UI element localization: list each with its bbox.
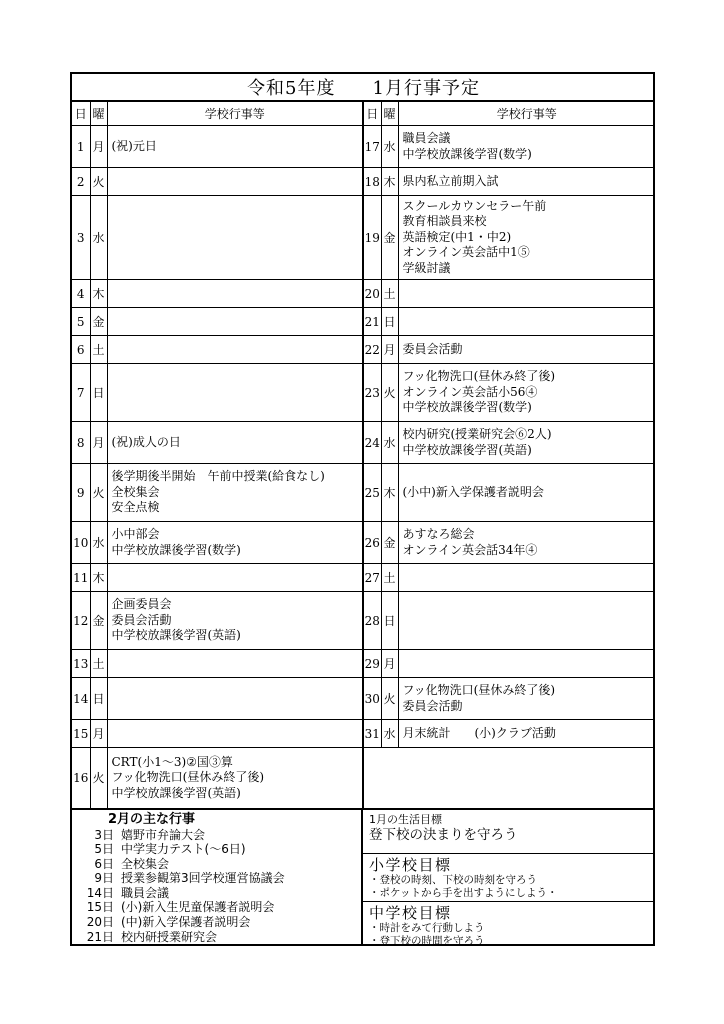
event-line: 中学校放課後学習(数学) — [403, 400, 652, 416]
weekday-cell: 火 — [90, 464, 107, 522]
event-line: 小中部会 — [112, 527, 359, 543]
calendar-row: 16火CRT(小1〜3)②国③算フッ化物洗口(昼休み終了後)中学校放課後学習(英… — [72, 748, 655, 808]
weekday-cell: 金 — [90, 592, 107, 650]
day-cell: 10 — [72, 522, 90, 564]
events-cell — [398, 308, 655, 336]
day-cell: 12 — [72, 592, 90, 650]
calendar-row: 7日23火フッ化物洗口(昼休み終了後)オンライン英会話小56④中学校放課後学習(… — [72, 364, 655, 422]
column-header-weekday: 曜 — [90, 101, 107, 126]
empty-merged-cell — [363, 748, 655, 808]
february-event-item: 21日校内研授業研究会 — [76, 930, 357, 944]
events-cell: 企画委員会委員会活動中学校放課後学習(英語) — [107, 592, 363, 650]
weekday-cell: 水 — [381, 422, 398, 464]
day-cell: 21 — [363, 308, 381, 336]
events-cell: あすなろ総会オンライン英会話34年④ — [398, 522, 655, 564]
event-line: スクールカウンセラー午前 — [403, 199, 652, 215]
february-event-day: 15日 — [76, 900, 114, 915]
february-event-day: 21日 — [76, 930, 114, 944]
calendar-row: 5金21日 — [72, 308, 655, 336]
goals-section: 1月の生活目標 登下校の決まりを守ろう 小学校目標 ・登校の時刻、下校の時刻を守… — [363, 810, 653, 944]
february-event-text: 嬉野市弁論大会 — [121, 828, 205, 842]
event-line: (小中)新入学保護者説明会 — [403, 485, 652, 501]
february-event-day: 5日 — [76, 842, 114, 857]
weekday-cell: 火 — [381, 364, 398, 422]
event-line: 中学校放課後学習(数学) — [403, 147, 652, 163]
event-line: 委員会活動 — [403, 699, 652, 715]
events-cell: (小中)新入学保護者説明会 — [398, 464, 655, 522]
goal-bullet-line: ・時計をみて行動しよう — [369, 922, 647, 935]
events-cell: 後学期後半開始 午前中授業(給食なし)全校集会安全点検 — [107, 464, 363, 522]
day-cell: 22 — [363, 336, 381, 364]
weekday-cell: 土 — [90, 336, 107, 364]
event-line: CRT(小1〜3)②国③算 — [112, 755, 359, 771]
events-cell — [107, 336, 363, 364]
monthly-goal-box: 1月の生活目標 登下校の決まりを守ろう — [363, 810, 653, 854]
page-title: 令和5年度 1月行事予定 — [72, 74, 655, 100]
weekday-cell: 日 — [90, 364, 107, 422]
event-line: 委員会活動 — [403, 342, 652, 358]
calendar-row: 15月31水月末統計 (小)クラブ活動 — [72, 720, 655, 748]
weekday-cell: 金 — [381, 522, 398, 564]
event-line: フッ化物洗口(昼休み終了後) — [403, 683, 652, 699]
event-line: オンライン英会話中1⑤ — [403, 245, 652, 261]
events-cell — [107, 678, 363, 720]
calendar-document: 令和5年度 1月行事予定 日 曜 学校行事等 日 曜 学校行事等 1月(祝)元日… — [70, 72, 655, 946]
day-cell: 14 — [72, 678, 90, 720]
weekday-cell: 水 — [381, 126, 398, 168]
day-cell: 2 — [72, 168, 90, 196]
february-event-day: 9日 — [76, 871, 114, 886]
event-line: 月末統計 (小)クラブ活動 — [403, 726, 652, 742]
column-header-day: 日 — [72, 101, 90, 126]
events-cell: 月末統計 (小)クラブ活動 — [398, 720, 655, 748]
calendar-row: 8月(祝)成人の日24水校内研究(授業研究会⑥2人)中学校放課後学習(英語) — [72, 422, 655, 464]
weekday-cell: 日 — [381, 308, 398, 336]
day-cell: 31 — [363, 720, 381, 748]
weekday-cell: 日 — [90, 678, 107, 720]
event-line: 委員会活動 — [112, 613, 359, 629]
weekday-cell: 月 — [90, 720, 107, 748]
day-cell: 6 — [72, 336, 90, 364]
calendar-row: 12金企画委員会委員会活動中学校放課後学習(英語)28日 — [72, 592, 655, 650]
day-cell: 5 — [72, 308, 90, 336]
events-cell: 委員会活動 — [398, 336, 655, 364]
weekday-cell: 火 — [381, 678, 398, 720]
day-cell: 19 — [363, 196, 381, 280]
day-cell: 4 — [72, 280, 90, 308]
day-cell: 11 — [72, 564, 90, 592]
day-cell: 23 — [363, 364, 381, 422]
event-line: オンライン英会話34年④ — [403, 543, 652, 559]
weekday-cell: 土 — [90, 650, 107, 678]
event-line: 校内研究(授業研究会⑥2人) — [403, 427, 652, 443]
events-cell — [398, 650, 655, 678]
event-line: 中学校放課後学習(英語) — [403, 443, 652, 459]
calendar-row: 11木27土 — [72, 564, 655, 592]
weekday-cell: 火 — [90, 168, 107, 196]
column-header-events: 学校行事等 — [107, 101, 363, 126]
events-cell — [107, 168, 363, 196]
monthly-goal-title: 1月の生活目標 — [369, 813, 647, 827]
elementary-goal-box: 小学校目標 ・登校の時刻、下校の時刻を守ろう・ポケットから手を出すようにしよう・ — [363, 854, 653, 902]
goal-bullet-line: ・ポケットから手を出すようにしよう・ — [369, 887, 647, 900]
goal-bullet-line: ・登校の時刻、下校の時刻を守ろう — [369, 874, 647, 887]
february-event-list: 3日嬉野市弁論大会5日中学実力テスト(〜6日)6日全校集会9日授業参観第3回学校… — [76, 828, 357, 944]
junior-goal-bullets: ・時計をみて行動しよう・登下校の時間を守ろう — [369, 922, 647, 944]
event-line: あすなろ総会 — [403, 527, 652, 543]
day-cell: 20 — [363, 280, 381, 308]
events-cell: 職員会議中学校放課後学習(数学) — [398, 126, 655, 168]
junior-goal-box: 中学校目標 ・時計をみて行動しよう・登下校の時間を守ろう — [363, 902, 653, 944]
february-event-text: 授業参観第3回学校運営協議会 — [121, 871, 285, 885]
events-cell — [398, 592, 655, 650]
title-year: 令和5年度 — [247, 74, 335, 100]
events-cell: (祝)成人の日 — [107, 422, 363, 464]
events-cell — [398, 564, 655, 592]
day-cell: 25 — [363, 464, 381, 522]
events-cell: スクールカウンセラー午前教育相談員来校英語検定(中1・中2)オンライン英会話中1… — [398, 196, 655, 280]
calendar-row: 1月(祝)元日17水職員会議中学校放課後学習(数学) — [72, 126, 655, 168]
events-cell: 小中部会中学校放課後学習(数学) — [107, 522, 363, 564]
february-event-day: 14日 — [76, 886, 114, 901]
day-cell: 28 — [363, 592, 381, 650]
day-cell: 26 — [363, 522, 381, 564]
calendar-row: 10水小中部会中学校放課後学習(数学)26金あすなろ総会オンライン英会話34年④ — [72, 522, 655, 564]
calendar-table: 令和5年度 1月行事予定 日 曜 学校行事等 日 曜 学校行事等 1月(祝)元日… — [72, 74, 655, 808]
column-header-row: 日 曜 学校行事等 日 曜 学校行事等 — [72, 101, 655, 126]
event-line: (祝)成人の日 — [112, 435, 359, 451]
events-cell — [107, 720, 363, 748]
elementary-goal-bullets: ・登校の時刻、下校の時刻を守ろう・ポケットから手を出すようにしよう・ — [369, 874, 647, 900]
weekday-cell: 木 — [90, 280, 107, 308]
event-line: 学級討議 — [403, 261, 652, 277]
day-cell: 16 — [72, 748, 90, 808]
events-cell — [398, 280, 655, 308]
february-event-item: 5日中学実力テスト(〜6日) — [76, 842, 357, 857]
february-event-item: 20日(中)新入学保護者説明会 — [76, 915, 357, 930]
february-event-day: 20日 — [76, 915, 114, 930]
day-cell: 30 — [363, 678, 381, 720]
events-cell: CRT(小1〜3)②国③算フッ化物洗口(昼休み終了後)中学校放課後学習(英語) — [107, 748, 363, 808]
day-cell: 18 — [363, 168, 381, 196]
weekday-cell: 木 — [90, 564, 107, 592]
day-cell: 1 — [72, 126, 90, 168]
february-event-item: 3日嬉野市弁論大会 — [76, 828, 357, 843]
calendar-row: 3水19金スクールカウンセラー午前教育相談員来校英語検定(中1・中2)オンライン… — [72, 196, 655, 280]
column-header-weekday: 曜 — [381, 101, 398, 126]
events-cell: フッ化物洗口(昼休み終了後)オンライン英会話小56④中学校放課後学習(数学) — [398, 364, 655, 422]
calendar-row: 13土29月 — [72, 650, 655, 678]
day-cell: 17 — [363, 126, 381, 168]
february-event-item: 15日(小)新入生児童保護者説明会 — [76, 900, 357, 915]
calendar-row: 4木20土 — [72, 280, 655, 308]
events-cell — [107, 364, 363, 422]
february-event-text: (小)新入生児童保護者説明会 — [121, 900, 274, 914]
title-month: 1月行事予定 — [373, 74, 480, 100]
event-line: フッ化物洗口(昼休み終了後) — [112, 770, 359, 786]
events-cell — [107, 308, 363, 336]
february-event-item: 9日授業参観第3回学校運営協議会 — [76, 871, 357, 886]
weekday-cell: 水 — [381, 720, 398, 748]
day-cell: 3 — [72, 196, 90, 280]
event-line: 中学校放課後学習(英語) — [112, 628, 359, 644]
event-line: 英語検定(中1・中2) — [403, 230, 652, 246]
bottom-section: 2月の主な行事 3日嬉野市弁論大会5日中学実力テスト(〜6日)6日全校集会9日授… — [72, 808, 653, 944]
events-cell: (祝)元日 — [107, 126, 363, 168]
event-line: 中学校放課後学習(数学) — [112, 543, 359, 559]
event-line: 安全点検 — [112, 500, 359, 516]
events-cell: 県内私立前期入試 — [398, 168, 655, 196]
february-event-text: 職員会議 — [121, 886, 169, 900]
events-cell — [107, 650, 363, 678]
monthly-goal-text: 登下校の決まりを守ろう — [369, 827, 647, 844]
weekday-cell: 金 — [90, 308, 107, 336]
day-cell: 15 — [72, 720, 90, 748]
event-line: 職員会議 — [403, 131, 652, 147]
events-cell: 校内研究(授業研究会⑥2人)中学校放課後学習(英語) — [398, 422, 655, 464]
events-cell: フッ化物洗口(昼休み終了後)委員会活動 — [398, 678, 655, 720]
calendar-row: 14日30火フッ化物洗口(昼休み終了後)委員会活動 — [72, 678, 655, 720]
february-events-section: 2月の主な行事 3日嬉野市弁論大会5日中学実力テスト(〜6日)6日全校集会9日授… — [72, 810, 363, 944]
event-line: 企画委員会 — [112, 597, 359, 613]
weekday-cell: 土 — [381, 280, 398, 308]
event-line: フッ化物洗口(昼休み終了後) — [403, 369, 652, 385]
events-cell — [107, 564, 363, 592]
day-cell: 9 — [72, 464, 90, 522]
events-cell — [107, 196, 363, 280]
weekday-cell: 金 — [381, 196, 398, 280]
column-header-day: 日 — [363, 101, 381, 126]
day-cell: 24 — [363, 422, 381, 464]
event-line: 県内私立前期入試 — [403, 174, 652, 190]
day-cell: 7 — [72, 364, 90, 422]
weekday-cell: 月 — [90, 126, 107, 168]
february-event-text: 校内研授業研究会 — [121, 930, 217, 944]
event-line: 後学期後半開始 午前中授業(給食なし) — [112, 469, 359, 485]
weekday-cell: 土 — [381, 564, 398, 592]
column-header-events: 学校行事等 — [398, 101, 655, 126]
calendar-row: 9火後学期後半開始 午前中授業(給食なし)全校集会安全点検25木(小中)新入学保… — [72, 464, 655, 522]
events-cell — [107, 280, 363, 308]
day-cell: 13 — [72, 650, 90, 678]
weekday-cell: 木 — [381, 168, 398, 196]
february-event-day: 6日 — [76, 857, 114, 872]
goal-bullet-line: ・登下校の時間を守ろう — [369, 935, 647, 944]
day-cell: 27 — [363, 564, 381, 592]
day-cell: 29 — [363, 650, 381, 678]
february-event-text: (中)新入学保護者説明会 — [121, 915, 250, 929]
weekday-cell: 日 — [381, 592, 398, 650]
february-section-title: 2月の主な行事 — [108, 812, 357, 828]
event-line: 中学校放課後学習(英語) — [112, 786, 359, 802]
event-line: 全校集会 — [112, 485, 359, 501]
weekday-cell: 月 — [90, 422, 107, 464]
event-line: オンライン英会話小56④ — [403, 385, 652, 401]
calendar-row: 2火18木県内私立前期入試 — [72, 168, 655, 196]
weekday-cell: 水 — [90, 522, 107, 564]
february-event-text: 全校集会 — [121, 857, 169, 871]
calendar-row: 6土22月委員会活動 — [72, 336, 655, 364]
february-event-item: 6日全校集会 — [76, 857, 357, 872]
elementary-goal-title: 小学校目標 — [369, 857, 647, 874]
february-event-text: 中学実力テスト(〜6日) — [121, 842, 246, 856]
event-line: 教育相談員来校 — [403, 214, 652, 230]
event-line: (祝)元日 — [112, 139, 359, 155]
junior-goal-title: 中学校目標 — [369, 905, 647, 922]
february-event-item: 14日職員会議 — [76, 886, 357, 901]
february-event-day: 3日 — [76, 828, 114, 843]
weekday-cell: 月 — [381, 336, 398, 364]
weekday-cell: 月 — [381, 650, 398, 678]
weekday-cell: 水 — [90, 196, 107, 280]
title-row: 令和5年度 1月行事予定 — [72, 74, 655, 101]
weekday-cell: 火 — [90, 748, 107, 808]
day-cell: 8 — [72, 422, 90, 464]
weekday-cell: 木 — [381, 464, 398, 522]
